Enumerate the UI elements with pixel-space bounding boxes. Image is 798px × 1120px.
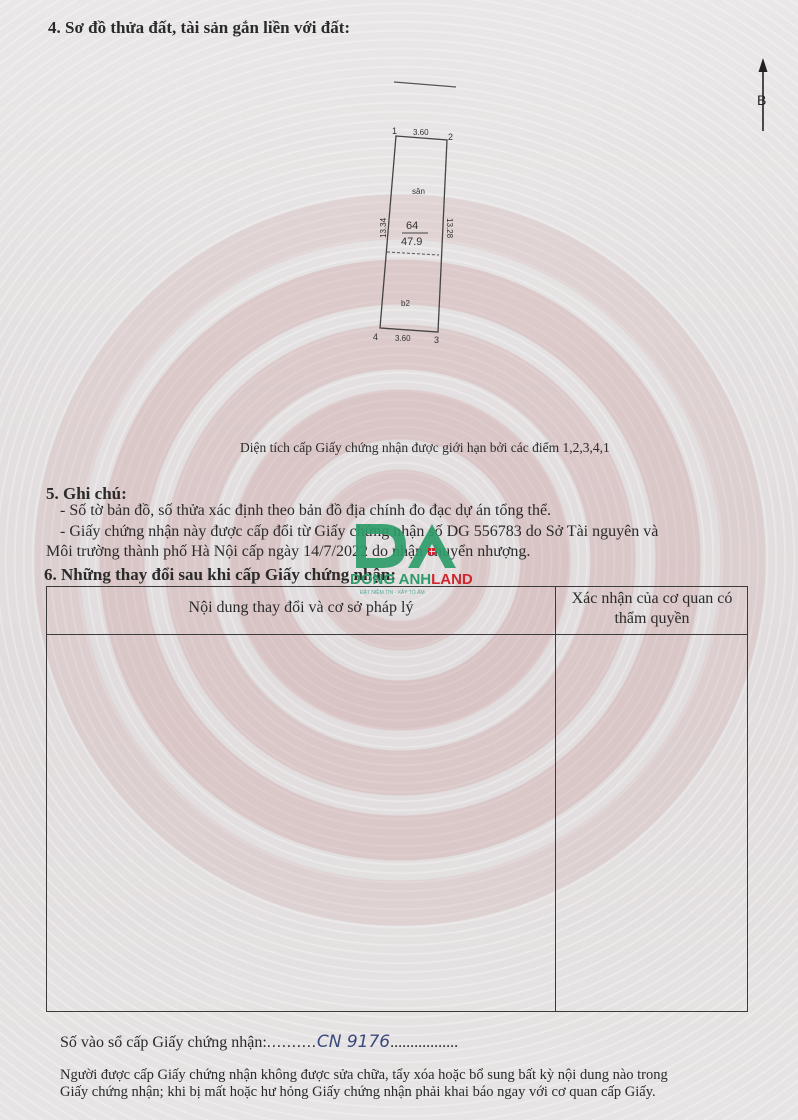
corner-4: 4: [373, 332, 378, 342]
plot-divider: [387, 252, 439, 255]
north-arrow-icon: B: [745, 55, 780, 135]
watermark-brand: DONG ANHLAND: [350, 571, 473, 588]
zone-upper-label: sân: [412, 187, 425, 196]
corner-1: 1: [392, 126, 397, 136]
zone-lower-label: b2: [401, 299, 410, 308]
decorative-line: [390, 78, 470, 90]
section-4-title: 4. Sơ đồ thửa đất, tài sản gắn liền với …: [48, 18, 350, 38]
watermark-logo-icon: [352, 520, 472, 600]
section-5-title: 5. Ghi chú:: [46, 484, 127, 504]
parcel-number: 64: [406, 220, 418, 232]
right-edge-length: 13.28: [445, 218, 454, 239]
header-change-content: Nội dung thay đổi và cơ sở pháp lý: [47, 599, 555, 617]
corner-2: 2: [448, 132, 453, 142]
note-1: - Số tờ bản đồ, số thửa xác định theo bả…: [60, 502, 551, 520]
header-authority-confirmation: Xác nhận của cơ quan có thẩm quyền: [557, 589, 747, 629]
corner-3: 3: [434, 335, 439, 345]
top-edge-length: 3.60: [413, 128, 429, 137]
left-edge-length: 13.34: [379, 217, 388, 238]
land-plot-diagram: 1 2 3 4 3.60 3.60 13.34 13.28 sân 64 47.…: [360, 110, 480, 350]
watermark-tagline: ĐẶT NIỀM TIN · XÂY TỔ ẤM: [360, 590, 425, 596]
footer-warning-line-1: Người được cấp Giấy chứng nhận không đượ…: [60, 1067, 668, 1084]
parcel-area: 47.9: [401, 236, 422, 248]
registration-number: CN 9176: [317, 1032, 390, 1052]
registration-line: Số vào sổ cấp Giấy chứng nhận:..........…: [60, 1032, 458, 1052]
registration-dots: ..........: [267, 1034, 317, 1051]
watermark-brand-green: DONG ANH: [350, 571, 431, 588]
column-divider: [555, 587, 556, 1011]
registration-label: Số vào sổ cấp Giấy chứng nhận:: [60, 1034, 267, 1051]
north-label: B: [757, 92, 766, 108]
plot-boundary: [380, 136, 447, 332]
registration-dots-after: .................: [390, 1034, 458, 1051]
header-divider: [47, 634, 747, 635]
changes-table: Nội dung thay đổi và cơ sở pháp lý Xác n…: [46, 586, 748, 1012]
footer-warning-line-2: Giấy chứng nhận; khi bị mất hoặc hư hỏng…: [60, 1084, 656, 1101]
section-6-title: 6. Những thay đổi sau khi cấp Giấy chứng…: [44, 565, 396, 585]
watermark-brand-red: LAND: [431, 571, 473, 588]
plot-caption: Diện tích cấp Giấy chứng nhận được giới …: [240, 440, 610, 456]
bottom-edge-length: 3.60: [395, 334, 411, 343]
